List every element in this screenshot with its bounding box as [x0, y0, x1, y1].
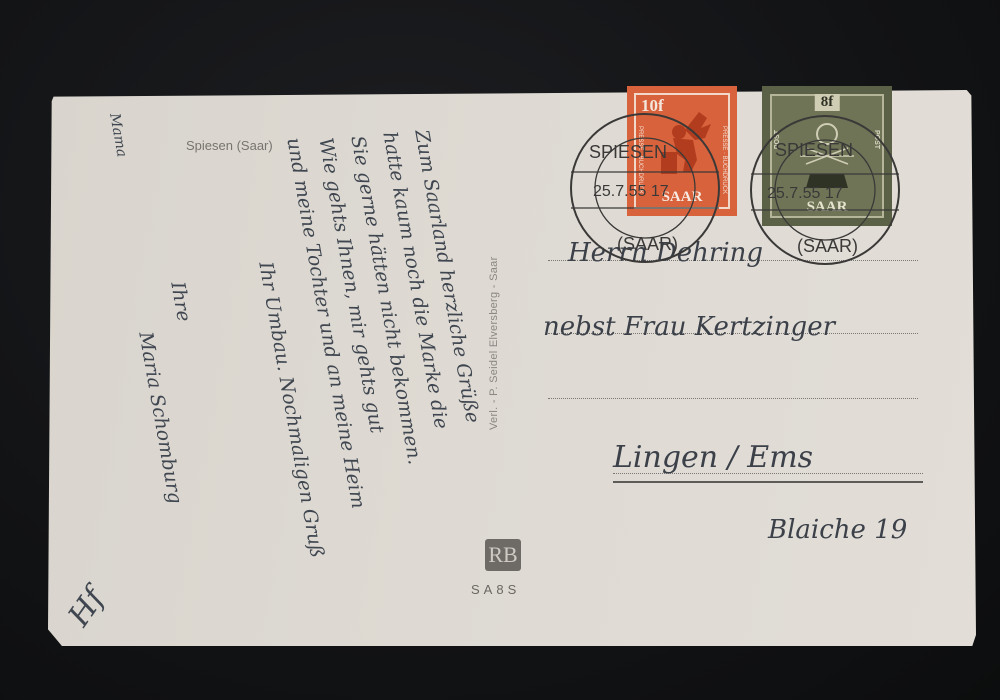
stamp-side-text: PRESSE · BUCHDRUCK — [721, 126, 727, 194]
stamp-side-text: POST — [774, 130, 781, 149]
stamp-10f: 10f PRESSE · BUCHDRUCK PRESSE · BUCHDRUC… — [627, 86, 737, 216]
corner-signature: Hf — [62, 582, 112, 633]
address-city: Lingen / Ems — [613, 440, 813, 475]
address-underline — [613, 481, 923, 483]
stamp-side-text: PRESSE · BUCHDRUCK — [637, 126, 643, 194]
stamp-country: SAAR — [762, 199, 892, 216]
message-line: Maria Schomburg — [134, 330, 186, 505]
message-line: Ihre — [166, 280, 195, 323]
publisher-imprint: Verl. - P. Seidel Elversberg - Saar — [488, 256, 500, 430]
address-name: Herrn Dehring — [568, 238, 763, 268]
stamp-8f: 8f POST POST SAAR — [762, 86, 892, 226]
postcard-caption: Spiesen (Saar) — [186, 138, 273, 153]
margin-note: Mama — [106, 112, 129, 158]
telegraph-icon — [792, 116, 862, 196]
stamp-country: SAAR — [627, 189, 737, 206]
publisher-logo: RB — [485, 539, 521, 571]
address-street: Blaiche 19 — [768, 515, 907, 545]
stamp-side-text: POST — [873, 130, 880, 149]
griffin-icon — [655, 110, 715, 180]
address-line — [548, 398, 918, 399]
stamp-value: 8f — [815, 94, 840, 111]
publisher-code: SA8S — [471, 582, 520, 597]
address-cosignee: nebst Frau Kertzinger — [543, 312, 835, 342]
